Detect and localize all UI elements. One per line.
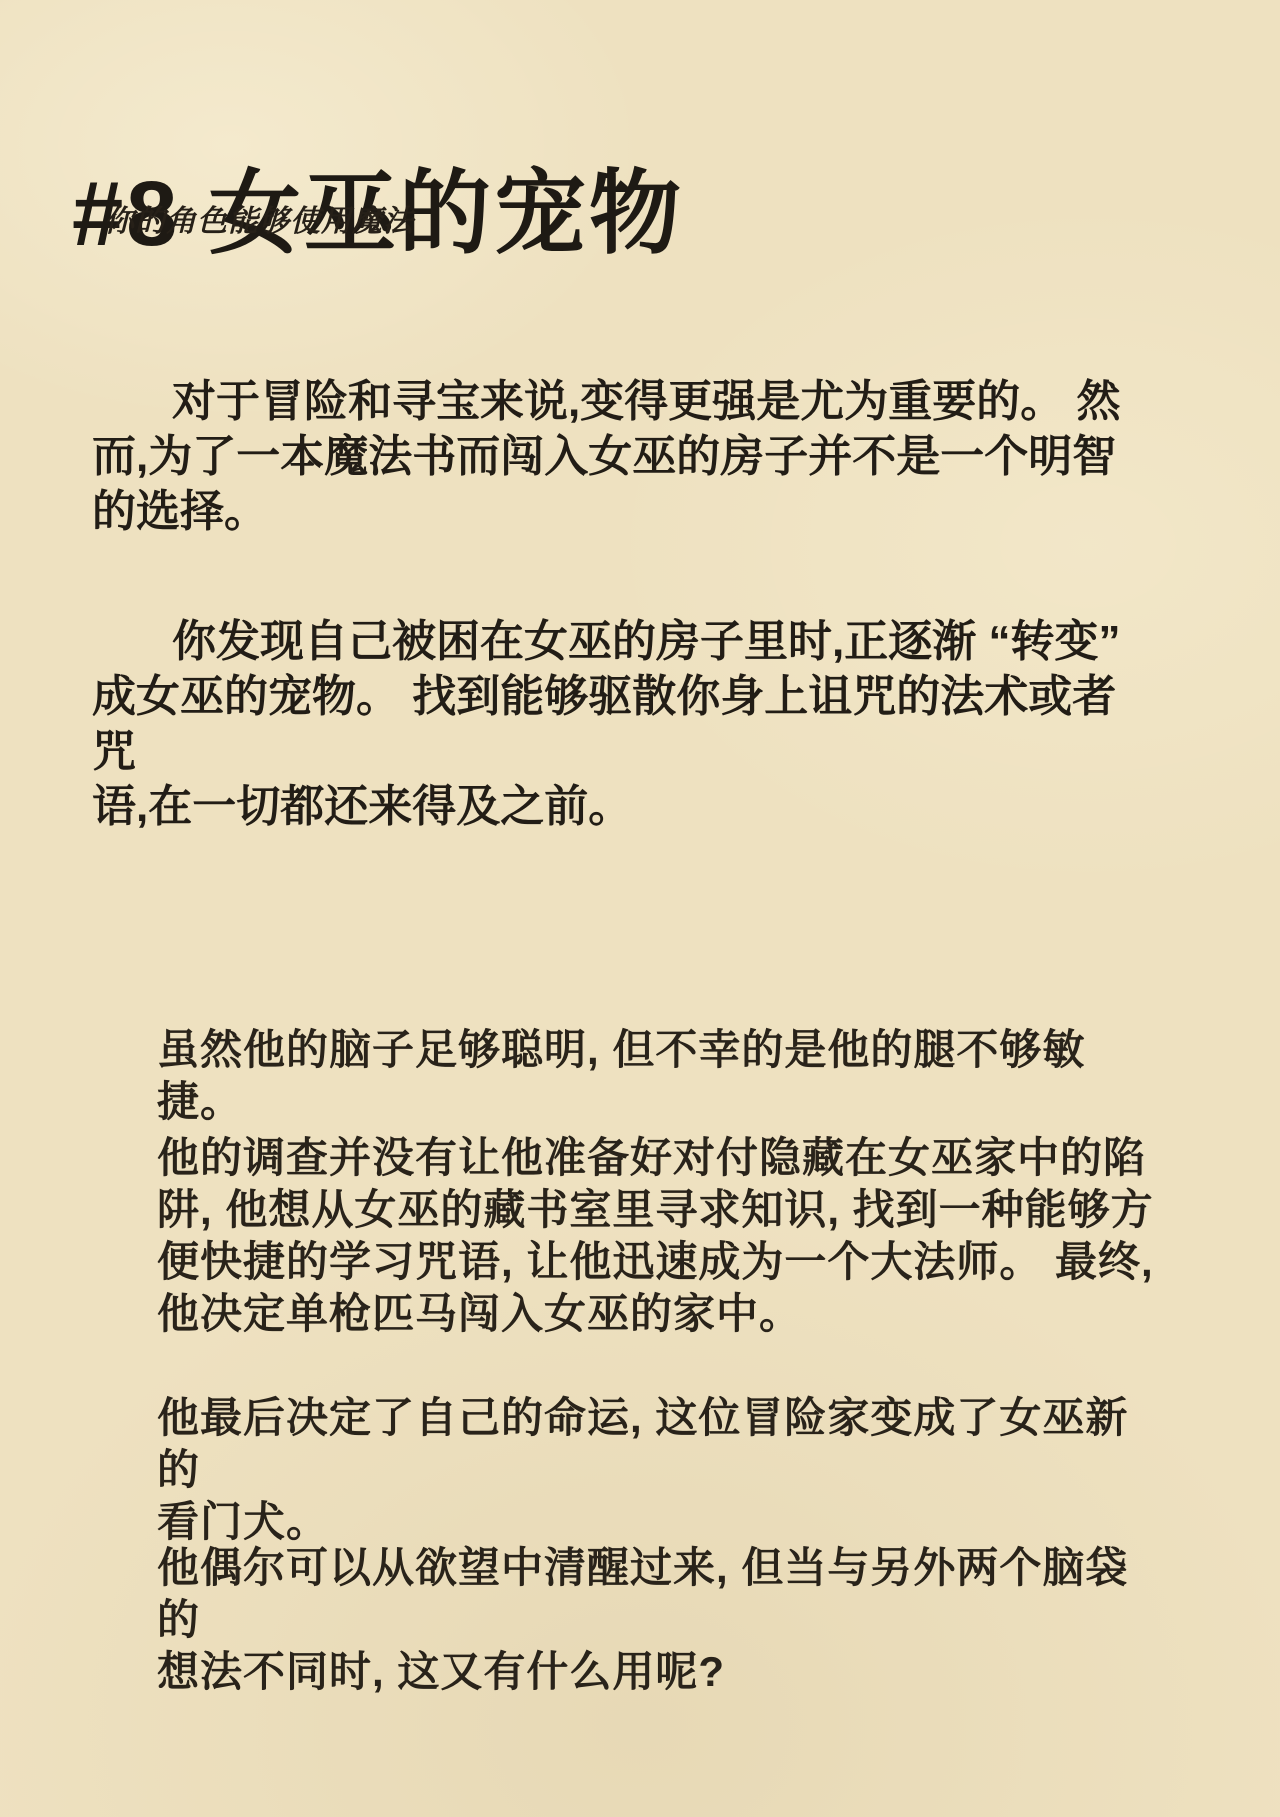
intro-paragraph-2: 你发现自己被困在女巫的房子里时,正逐渐 “转变” 成女巫的宠物。 找到能够驱散你… (92, 614, 1137, 834)
story-paragraph-2: 他的调查并没有让他准备好对付隐藏在女巫家中的陷 阱, 他想从女巫的藏书室里寻求知… (157, 1132, 1157, 1340)
scenario-page: #8 女巫的宠物 你的角色能够使用魔法 对于冒险和寻宝来说,变得更强是尤为重要的… (0, 0, 1280, 1817)
story-paragraph-4: 他偶尔可以从欲望中清醒过来, 但当与另外两个脑袋的 想法不同时, 这又有什么用呢… (157, 1542, 1157, 1698)
story-paragraph-1: 虽然他的脑子足够聪明, 但不幸的是他的腿不够敏捷。 (157, 1024, 1157, 1128)
story-paragraph-3: 他最后决定了自己的命运, 这位冒险家变成了女巫新的 看门犬。 (157, 1392, 1157, 1548)
intro-paragraph-1: 对于冒险和寻宝来说,变得更强是尤为重要的。 然 而,为了一本魔法书而闯入女巫的房… (92, 374, 1137, 539)
page-subtitle: 你的角色能够使用魔法 (104, 196, 414, 240)
